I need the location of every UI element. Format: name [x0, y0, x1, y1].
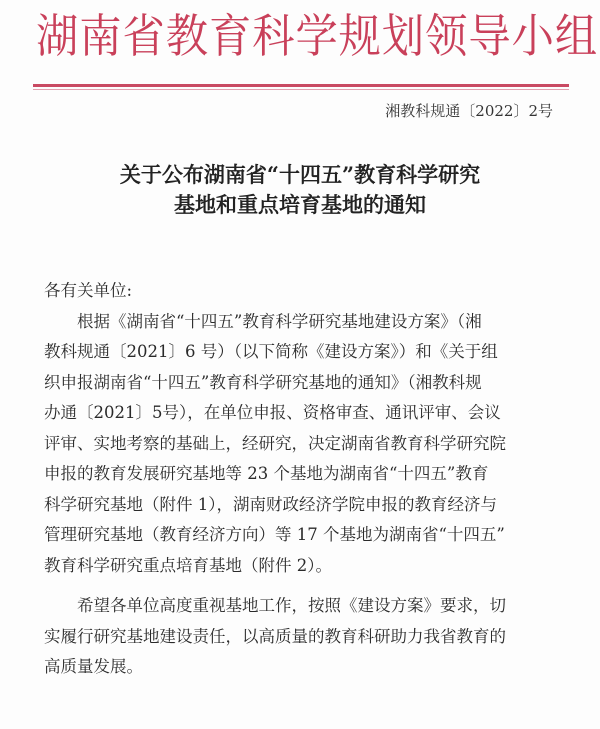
- title-line: 基地和重点培育基地的通知: [0, 190, 600, 220]
- salutation: 各有关单位:: [44, 276, 564, 307]
- body-line: 管理研究基地（教育经济方向）等 17 个基地为湖南省“十四五”: [44, 520, 564, 551]
- body-line: 根据《湖南省“十四五”教育科学研究基地建设方案》（湘: [44, 307, 564, 338]
- document-body: 各有关单位: 根据《湖南省“十四五”教育科学研究基地建设方案》（湘 教科规通〔2…: [44, 276, 564, 683]
- document-number: 湘教科规通〔2022〕2号: [385, 100, 553, 122]
- body-line: 实履行研究基地建设责任，以高质量的教育科研助力我省教育的: [44, 622, 564, 653]
- red-divider-line: [33, 84, 569, 87]
- body-line: 教科规通〔2021〕6 号）（以下简称《建设方案》）和《关于组: [44, 337, 564, 368]
- body-line: 评审、实地考察的基础上，经研究，决定湖南省教育科学研究院: [44, 429, 564, 460]
- title-line: 关于公布湖南省“十四五”教育科学研究: [0, 160, 600, 190]
- organization-header: 湖南省教育科学规划领导小组: [36, 6, 533, 66]
- document-title: 关于公布湖南省“十四五”教育科学研究 基地和重点培育基地的通知: [0, 160, 600, 220]
- body-line: 希望各单位高度重视基地工作，按照《建设方案》要求，切: [44, 591, 564, 622]
- body-line: 申报的教育发展研究基地等 23 个基地为湖南省“十四五”教育: [44, 459, 564, 490]
- body-line: 高质量发展。: [44, 652, 564, 683]
- body-line: 科学研究基地（附件 1），湖南财政经济学院申报的教育经济与: [44, 490, 564, 521]
- paragraph-1: 根据《湖南省“十四五”教育科学研究基地建设方案》（湘 教科规通〔2021〕6 号…: [44, 307, 564, 582]
- body-line: 教育科学研究重点培育基地（附件 2）。: [44, 551, 564, 582]
- paragraph-spacer: [44, 581, 564, 591]
- red-divider-line-thin: [33, 89, 569, 90]
- body-line: 织申报湖南省“十四五”教育科学研究基地的通知》（湘教科规: [44, 368, 564, 399]
- paragraph-2: 希望各单位高度重视基地工作，按照《建设方案》要求，切 实履行研究基地建设责任，以…: [44, 591, 564, 683]
- body-line: 办通〔2021〕5号），在单位申报、资格审查、通讯评审、会议: [44, 398, 564, 429]
